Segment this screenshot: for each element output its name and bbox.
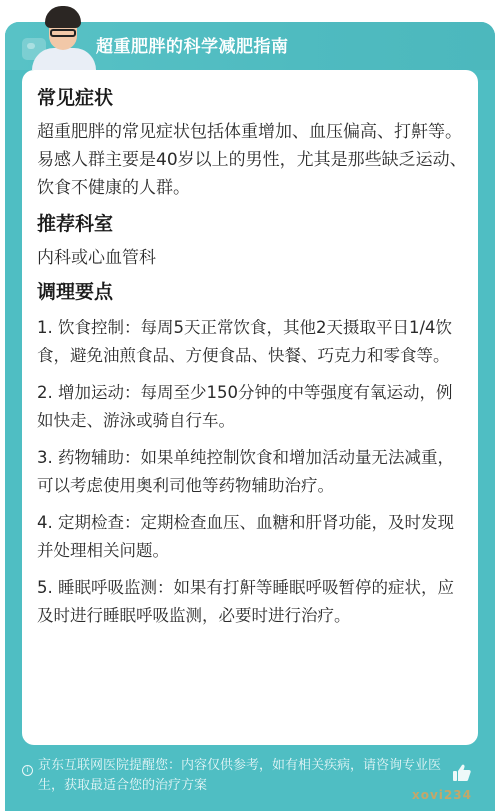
list-item-exercise: 2. 增加运动：每周至少150分钟的中等强度有氧运动，例如快走、游泳或骑自行车。 <box>37 379 467 435</box>
section-heading-care-points: 调理要点 <box>37 278 467 306</box>
thumbs-up-icon[interactable] <box>452 763 472 783</box>
list-item-sleep-monitoring: 5. 睡眠呼吸监测：如果有打鼾等睡眠呼吸暂停的症状，应及时进行睡眠呼吸监测，必要… <box>37 574 467 630</box>
page-title: 超重肥胖的科学减肥指南 <box>96 32 289 57</box>
info-icon: i <box>22 765 33 776</box>
symptoms-text: 超重肥胖的常见症状包括体重增加、血压偏高、打鼾等。易感人群主要是40岁以上的男性… <box>37 118 467 202</box>
avatar-glasses <box>50 29 76 37</box>
section-heading-symptoms: 常见症状 <box>37 84 467 112</box>
department-text: 内科或心血管科 <box>37 244 467 272</box>
list-item-diet: 1. 饮食控制：每周5天正常饮食，其他2天摄取平日1/4饮食，避免油煎食品、方便… <box>37 314 467 370</box>
disclaimer-footer: i 京东互联网医院提醒您：内容仅供参考，如有相关疾病，请咨询专业医生，获取最适合… <box>22 756 452 796</box>
content-card: 常见症状 超重肥胖的常见症状包括体重增加、血压偏高、打鼾等。易感人群主要是40岁… <box>22 70 478 745</box>
list-item-medication: 3. 药物辅助：如果单纯控制饮食和增加活动量无法减重，可以考虑使用奥利司他等药物… <box>37 444 467 500</box>
section-heading-department: 推荐科室 <box>37 210 467 238</box>
disclaimer-text: 京东互联网医院提醒您：内容仅供参考，如有相关疾病，请咨询专业医生，获取最适合您的… <box>38 756 452 796</box>
avatar-hair <box>45 6 81 28</box>
content-body: 常见症状 超重肥胖的常见症状包括体重增加、血压偏高、打鼾等。易感人群主要是40岁… <box>37 84 467 639</box>
doctor-avatar-icon <box>30 4 100 70</box>
avatar-shirt <box>32 48 96 70</box>
list-item-checkup: 4. 定期检查：定期检查血压、血糖和肝肾功能，及时发现并处理相关问题。 <box>37 509 467 565</box>
watermark-logo: xovi234 <box>412 788 472 802</box>
